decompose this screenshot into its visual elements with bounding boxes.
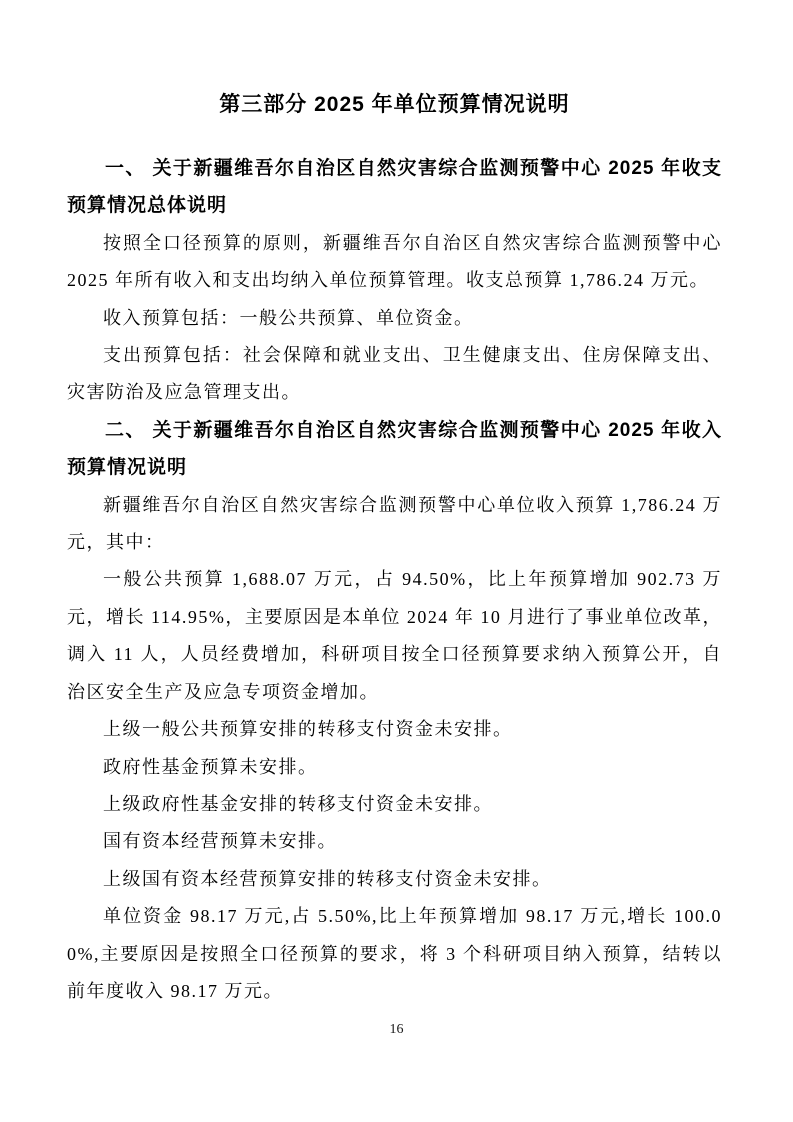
paragraph: 一般公共预算 1,688.07 万元，占 94.50%，比上年预算增加 902.… (67, 561, 722, 711)
paragraph: 国有资本经营预算未安排。 (67, 823, 722, 860)
page-number: 16 (0, 1022, 793, 1038)
document-page: 第三部分 2025 年单位预算情况说明 一、 关于新疆维吾尔自治区自然灾害综合监… (0, 0, 793, 1122)
paragraph: 新疆维吾尔自治区自然灾害综合监测预警中心单位收入预算 1,786.24 万元，其… (67, 487, 722, 562)
paragraph: 按照全口径预算的原则，新疆维吾尔自治区自然灾害综合监测预警中心 2025 年所有… (67, 225, 722, 300)
paragraph: 支出预算包括：社会保障和就业支出、卫生健康支出、住房保障支出、灾害防治及应急管理… (67, 337, 722, 412)
paragraph: 收入预算包括：一般公共预算、单位资金。 (67, 300, 722, 337)
document-content: 第三部分 2025 年单位预算情况说明 一、 关于新疆维吾尔自治区自然灾害综合监… (67, 90, 722, 1010)
paragraph: 单位资金 98.17 万元,占 5.50%,比上年预算增加 98.17 万元,增… (67, 898, 722, 1010)
page-title: 第三部分 2025 年单位预算情况说明 (67, 90, 722, 120)
paragraph: 上级政府性基金安排的转移支付资金未安排。 (67, 786, 722, 823)
section-heading-1: 一、 关于新疆维吾尔自治区自然灾害综合监测预警中心 2025 年收支预算情况总体… (67, 150, 722, 225)
paragraph: 上级一般公共预算安排的转移支付资金未安排。 (67, 711, 722, 748)
paragraph: 上级国有资本经营预算安排的转移支付资金未安排。 (67, 861, 722, 898)
paragraph: 政府性基金预算未安排。 (67, 749, 722, 786)
section-heading-2: 二、 关于新疆维吾尔自治区自然灾害综合监测预警中心 2025 年收入预算情况说明 (67, 412, 722, 487)
